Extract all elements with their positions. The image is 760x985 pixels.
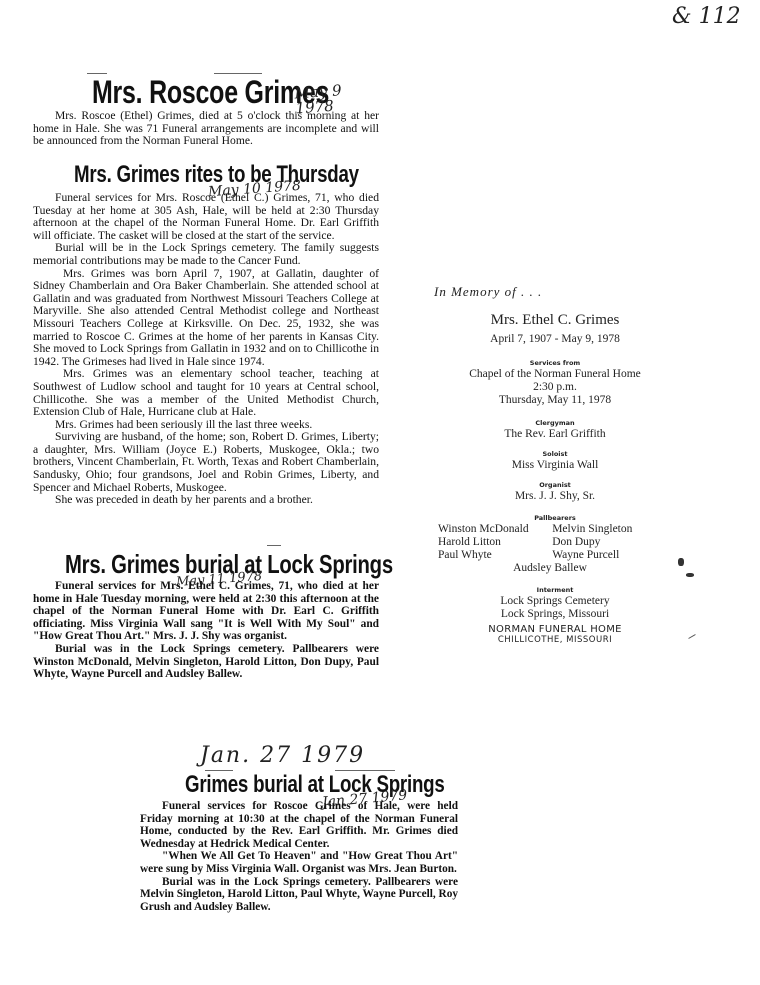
pallbearer: Don Dupy bbox=[552, 536, 646, 549]
memorial-intro: In Memory of . . . bbox=[434, 284, 690, 300]
funeral-home-name: NORMAN FUNERAL HOME bbox=[420, 624, 690, 635]
pallbearers-caption: Pallbearers bbox=[420, 514, 690, 522]
soloist-caption: Soloist bbox=[420, 450, 690, 458]
soloist-name: Miss Virginia Wall bbox=[420, 459, 690, 472]
scan-speck bbox=[686, 573, 694, 577]
handwritten-date-above: Jan. 27 1979 bbox=[200, 743, 365, 768]
clipping-rites-article: Funeral services for Mrs. Roscoe (Ethel … bbox=[33, 192, 379, 507]
services-date: Thursday, May 11, 1978 bbox=[420, 394, 690, 407]
organist-name: Mrs. J. J. Shy, Sr. bbox=[420, 490, 690, 503]
interment-location: Lock Springs, Missouri bbox=[420, 608, 690, 621]
paragraph: Funeral services for Mrs. Roscoe (Ethel … bbox=[33, 192, 379, 242]
pallbearer: Winston McDonald bbox=[438, 523, 542, 536]
paragraph: Burial will be in the Lock Springs cemet… bbox=[33, 242, 379, 267]
life-dates: April 7, 1907 - May 9, 1978 bbox=[420, 333, 690, 346]
clergyman-name: The Rev. Earl Griffith bbox=[420, 428, 690, 441]
scan-speck bbox=[678, 558, 684, 566]
paragraph: Burial was in the Lock Springs cemetery.… bbox=[140, 876, 458, 914]
services-place: Chapel of the Norman Funeral Home bbox=[420, 368, 690, 381]
pallbearer: Melvin Singleton bbox=[552, 523, 646, 536]
memorial-card: In Memory of . . . Mrs. Ethel C. Grimes … bbox=[420, 284, 690, 645]
interment-place: Lock Springs Cemetery bbox=[420, 595, 690, 608]
funeral-home-city: CHILLICOTHE, MISSOURI bbox=[420, 635, 690, 645]
paragraph: Surviving are husband, of the home; son,… bbox=[33, 431, 379, 494]
paragraph: Funeral services for Mrs. Ethel C. Grime… bbox=[33, 580, 379, 643]
pallbearers-list: Winston McDonald Melvin Singleton Harold… bbox=[438, 523, 646, 562]
paragraph: "When We All Get To Heaven" and "How Gre… bbox=[140, 850, 458, 875]
paragraph: Burial was in the Lock Springs cemetery.… bbox=[33, 643, 379, 681]
paragraph: Mrs. Grimes was born April 7, 1907, at G… bbox=[33, 268, 379, 369]
clipping-burial-article: Funeral services for Mrs. Ethel C. Grime… bbox=[33, 580, 379, 681]
pallbearer: Audsley Ballew bbox=[410, 562, 690, 575]
clipping-death-notice: Mrs. Roscoe (Ethel) Grimes, died at 5 o'… bbox=[33, 110, 379, 148]
pallbearer: Wayne Purcell bbox=[552, 549, 646, 562]
services-time: 2:30 p.m. bbox=[420, 381, 690, 394]
paragraph: She was preceded in death by her parents… bbox=[33, 494, 379, 507]
paragraph: Funeral services for Roscoe Grimes of Ha… bbox=[140, 800, 458, 850]
pallbearer: Harold Litton bbox=[438, 536, 542, 549]
clipping-roscoe-burial: Funeral services for Roscoe Grimes of Ha… bbox=[140, 800, 458, 913]
clergyman-caption: Clergyman bbox=[420, 419, 690, 427]
page-number-annotation: & 112 bbox=[672, 4, 741, 29]
clipping-edge bbox=[267, 545, 281, 546]
deceased-name: Mrs. Ethel C. Grimes bbox=[420, 312, 690, 329]
paragraph: Mrs. Roscoe (Ethel) Grimes, died at 5 o'… bbox=[33, 110, 379, 148]
organist-caption: Organist bbox=[420, 481, 690, 489]
interment-caption: Interment bbox=[420, 586, 690, 594]
services-caption: Services from bbox=[420, 359, 690, 367]
paragraph: Mrs. Grimes was an elementary school tea… bbox=[33, 368, 379, 418]
pallbearer: Paul Whyte bbox=[438, 549, 542, 562]
